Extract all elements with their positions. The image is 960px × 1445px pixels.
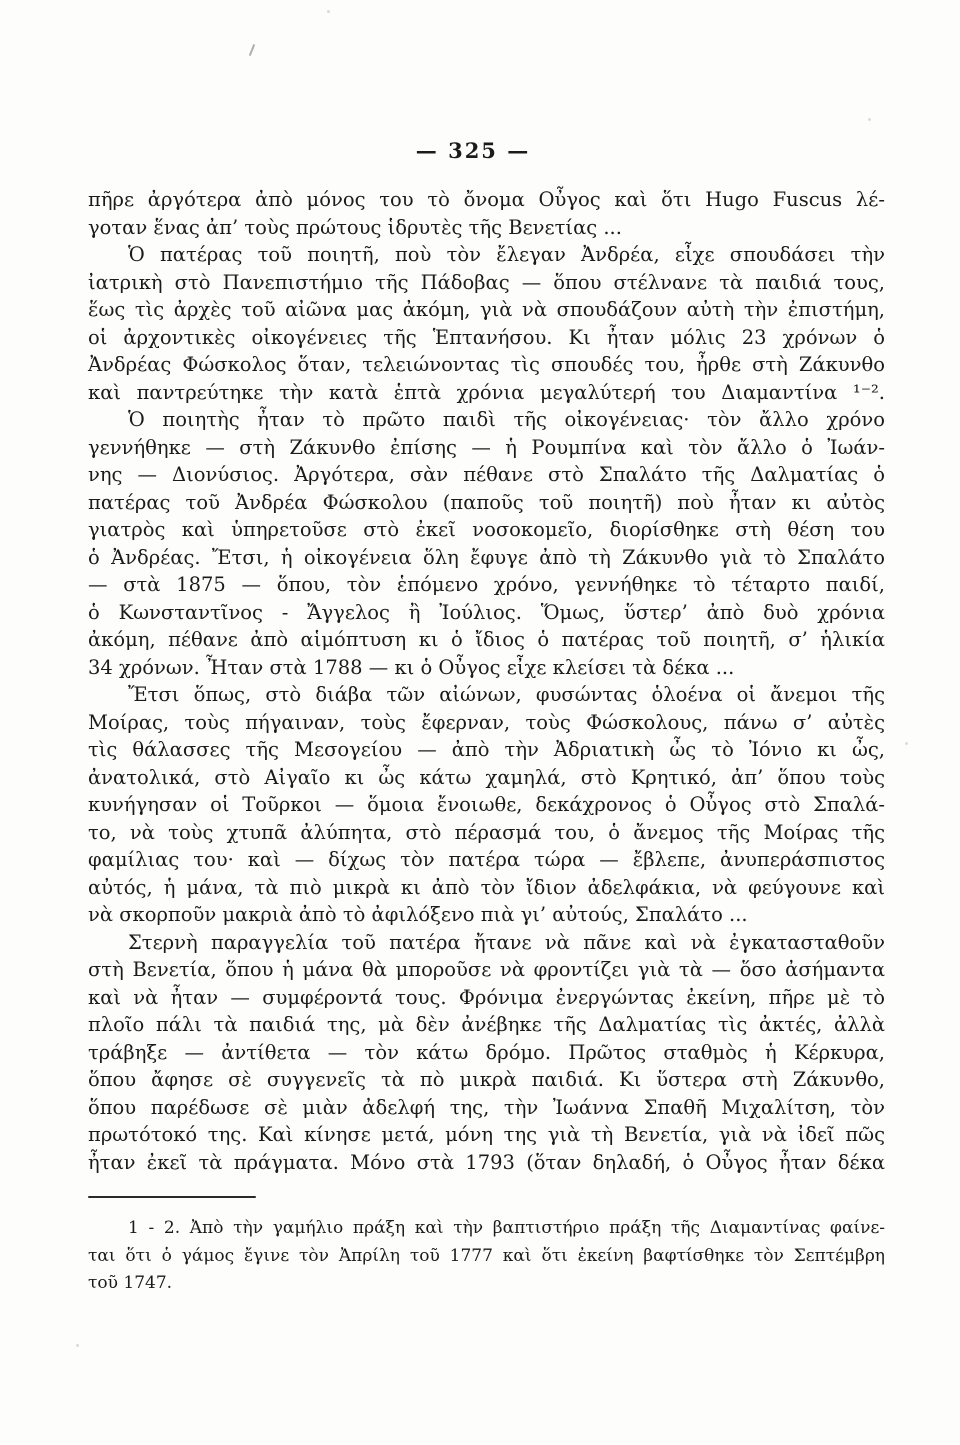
body-text-block: πῆρε ἀργότερα ἀπὸ μόνος του τὸ ὄνομα Οὖγ… bbox=[88, 186, 885, 1176]
page-number: — 325 — bbox=[88, 138, 858, 163]
body-text-line: καὶ παντρεύτηκε τὴν κατὰ ἑπτὰ χρόνια μεγ… bbox=[88, 379, 885, 407]
body-text-line: — στὰ 1875 — ὅπου, τὸν ἑπόμενο χρόνο, γε… bbox=[88, 571, 885, 599]
body-text-line: το, νὰ τοὺς χτυπᾶ ἀλύπητα, στὸ πέρασμά τ… bbox=[88, 819, 885, 847]
body-text-line: ἦταν ἐκεῖ τὰ πράγματα. Μόνο στὰ 1793 (ὅτ… bbox=[88, 1149, 885, 1177]
body-text-line: ἀνατολικά, στὸ Αἰγαῖο κι ὦς κάτω χαμηλά,… bbox=[88, 764, 885, 792]
body-text-line: στὴ Βενετία, ὅπου ἡ μάνα θὰ μποροῦσε νὰ … bbox=[88, 956, 885, 984]
body-text-line: τὶς θάλασσες τῆς Μεσογείου — ἀπὸ τὴν Ἀδρ… bbox=[88, 736, 885, 764]
body-text-line: ἀκόμη, πέθανε ἀπὸ αἱμόπτυση κι ὁ ἴδιος ὁ… bbox=[88, 626, 885, 654]
body-text-line: ὅπου παρέδωσε σὲ μιὰν ἀδελφή της, τὴν Ἰω… bbox=[88, 1094, 885, 1122]
body-text-line: ὅπου ἄφησε σὲ συγγενεῖς τὰ πὸ μικρὰ παιδ… bbox=[88, 1066, 885, 1094]
scan-speck bbox=[905, 742, 908, 745]
scan-speck bbox=[868, 118, 871, 121]
body-text-line: ὁ Κωνσταντῖνος - Ἄγγελος ἢ Ἰούλιος. Ὅμως… bbox=[88, 599, 885, 627]
body-text-line: νὰ σκορποῦν μακριὰ ἀπὸ τὸ ἀφιλόξενο πιὰ … bbox=[88, 901, 885, 929]
body-text-line: γεννήθηκε — στὴ Ζάκυνθο ἐπίσης — ἡ Ρουμπ… bbox=[88, 434, 885, 462]
scan-speck bbox=[76, 1344, 79, 1347]
body-text-line: 34 χρόνων. Ἦταν στὰ 1788 — κι ὁ Οὖγος εἶ… bbox=[88, 654, 885, 682]
body-text-line: ὁ Ἀνδρέας. Ἔτσι, ἡ οἰκογένεια ὅλη ἔφυγε … bbox=[88, 544, 885, 572]
body-text-line: νης — Διονύσιος. Ἀργότερα, σὰν πέθανε στ… bbox=[88, 461, 885, 489]
footnote-separator-rule bbox=[88, 1196, 256, 1198]
body-text-line: Μοίρας, τοὺς πήγαιναν, τοὺς ἔφερναν, τοὺ… bbox=[88, 709, 885, 737]
body-text-line: κυνήγησαν οἱ Τοῦρκοι — ὅμοια ἔνοιωθε, δε… bbox=[88, 791, 885, 819]
scan-speck bbox=[249, 44, 255, 56]
body-text-line: Ἀνδρέας Φώσκολος ὅταν, τελειώνοντας τὶς … bbox=[88, 351, 885, 379]
footnote-block: 1 - 2. Ἀπὸ τὴν γαμήλιο πράξη καὶ τὴν βαπ… bbox=[88, 1215, 885, 1298]
footnote-text-line: 1 - 2. Ἀπὸ τὴν γαμήλιο πράξη καὶ τὴν βαπ… bbox=[88, 1215, 885, 1243]
body-text-line: πῆρε ἀργότερα ἀπὸ μόνος του τὸ ὄνομα Οὖγ… bbox=[88, 186, 885, 214]
footnote-text-line: ται ὅτι ὁ γάμος ἔγινε τὸν Ἀπρίλη τοῦ 177… bbox=[88, 1243, 885, 1271]
body-text-line: γοταν ἕνας ἀπ’ τοὺς πρώτους ἱδρυτὲς τῆς … bbox=[88, 214, 885, 242]
body-text-line: ἰατρικὴ στὸ Πανεπιστήμιο τῆς Πάδοβας — ὅ… bbox=[88, 269, 885, 297]
body-text-line: πρωτότοκό της. Καὶ κίνησε μετά, μόνη της… bbox=[88, 1121, 885, 1149]
body-text-line: ἕως τὶς ἀρχὲς τοῦ αἰῶνα μας ἀκόμη, γιὰ ν… bbox=[88, 296, 885, 324]
body-text-line: Ὁ ποιητὴς ἦταν τὸ πρῶτο παιδὶ τῆς οἰκογέ… bbox=[88, 406, 885, 434]
body-text-line: γιατρὸς καὶ ὑπηρετοῦσε στὸ ἐκεῖ νοσοκομε… bbox=[88, 516, 885, 544]
body-text-line: οἱ ἀρχοντικὲς οἰκογένειες τῆς Ἑπτανήσου.… bbox=[88, 324, 885, 352]
footnote-text-line: τοῦ 1747. bbox=[88, 1270, 885, 1298]
body-text-line: Ὁ πατέρας τοῦ ποιητῆ, ποὺ τὸν ἔλεγαν Ἀνδ… bbox=[88, 241, 885, 269]
body-text-line: αὐτός, ἡ μάνα, τὰ πιὸ μικρὰ κι ἀπὸ τὸν ἴ… bbox=[88, 874, 885, 902]
scan-speck bbox=[327, 10, 330, 13]
body-text-line: πλοῖο πάλι τὰ παιδιά της, μὰ δὲν ἀνέβηκε… bbox=[88, 1011, 885, 1039]
body-text-line: φαμίλιας του· καὶ — δίχως τὸν πατέρα τώρ… bbox=[88, 846, 885, 874]
body-text-line: τράβηξε — ἀντίθετα — τὸν κάτω δρόμο. Πρῶ… bbox=[88, 1039, 885, 1067]
body-text-line: Στερνὴ παραγγελία τοῦ πατέρα ἤτανε νὰ πᾶ… bbox=[88, 929, 885, 957]
body-text-line: καὶ νὰ ἦταν — συμφέροντά τους. Φρόνιμα ἐ… bbox=[88, 984, 885, 1012]
body-text-line: Ἔτσι ὅπως, στὸ διάβα τῶν αἰώνων, φυσώντα… bbox=[88, 681, 885, 709]
scanned-book-page: — 325 — πῆρε ἀργότερα ἀπὸ μόνος του τὸ ὄ… bbox=[0, 0, 960, 1445]
body-text-line: πατέρας τοῦ Ἀνδρέα Φώσκολου (παποῦς τοῦ … bbox=[88, 489, 885, 517]
